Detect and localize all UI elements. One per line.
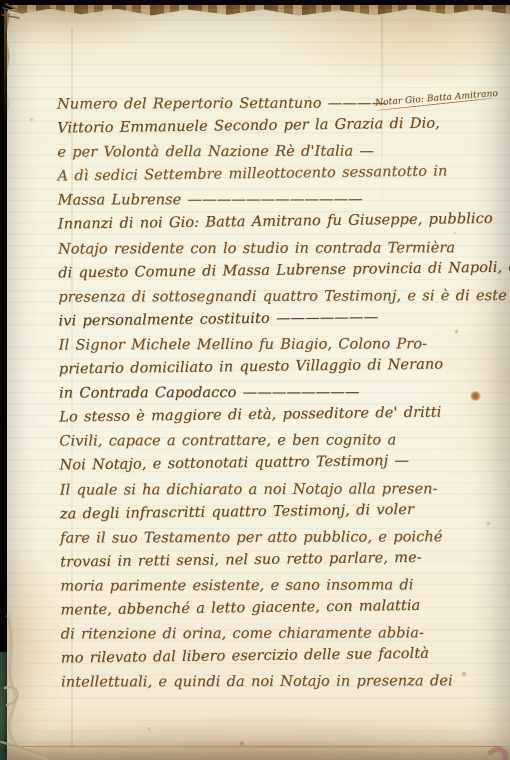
manuscript-line: di questo Comune di Massa Lubrense provi… xyxy=(58,255,504,285)
manuscript-line: intellettuali, e quindi da noi Notajo in… xyxy=(61,669,507,695)
manuscript-line: ivi personalmente costituito ——————— xyxy=(58,304,504,334)
foxing-spot xyxy=(29,117,34,122)
page-bottom-fold xyxy=(7,748,510,760)
photo-background: Notar Gio: Batta Amitrano Numero del Rep… xyxy=(0,0,510,760)
manuscript-line: mo rilevato dal libero esercizio delle s… xyxy=(61,641,507,671)
manuscript-line: Lo stesso è maggiore di età, posseditore… xyxy=(59,400,505,430)
manuscript-line: A dì sedici Settembre milleottocento ses… xyxy=(57,159,503,189)
manuscript-line: trovasi in retti sensi, nel suo retto pa… xyxy=(60,544,506,574)
binding-cover-edge xyxy=(0,652,7,760)
manuscript-page: Notar Gio: Batta Amitrano Numero del Rep… xyxy=(7,9,510,760)
foxing-spot xyxy=(147,727,151,731)
manuscript-line: prietario domiciliato in questo Villaggi… xyxy=(59,352,505,382)
manuscript-line: Innanzi di noi Gio: Batta Amitrano fu Gi… xyxy=(58,207,504,237)
manuscript-line: Noi Notajo, e sottonotati quattro Testim… xyxy=(59,448,505,478)
manuscript-line: za degli infrascritti quattro Testimonj,… xyxy=(60,496,506,526)
manuscript-text: Numero del Repertorio Settantuno ————Vit… xyxy=(57,89,507,694)
manuscript-line: Vittorio Emmanuele Secondo per la Grazia… xyxy=(57,111,503,141)
manuscript-line: mente, abbenché a letto giacente, con ma… xyxy=(60,593,506,623)
